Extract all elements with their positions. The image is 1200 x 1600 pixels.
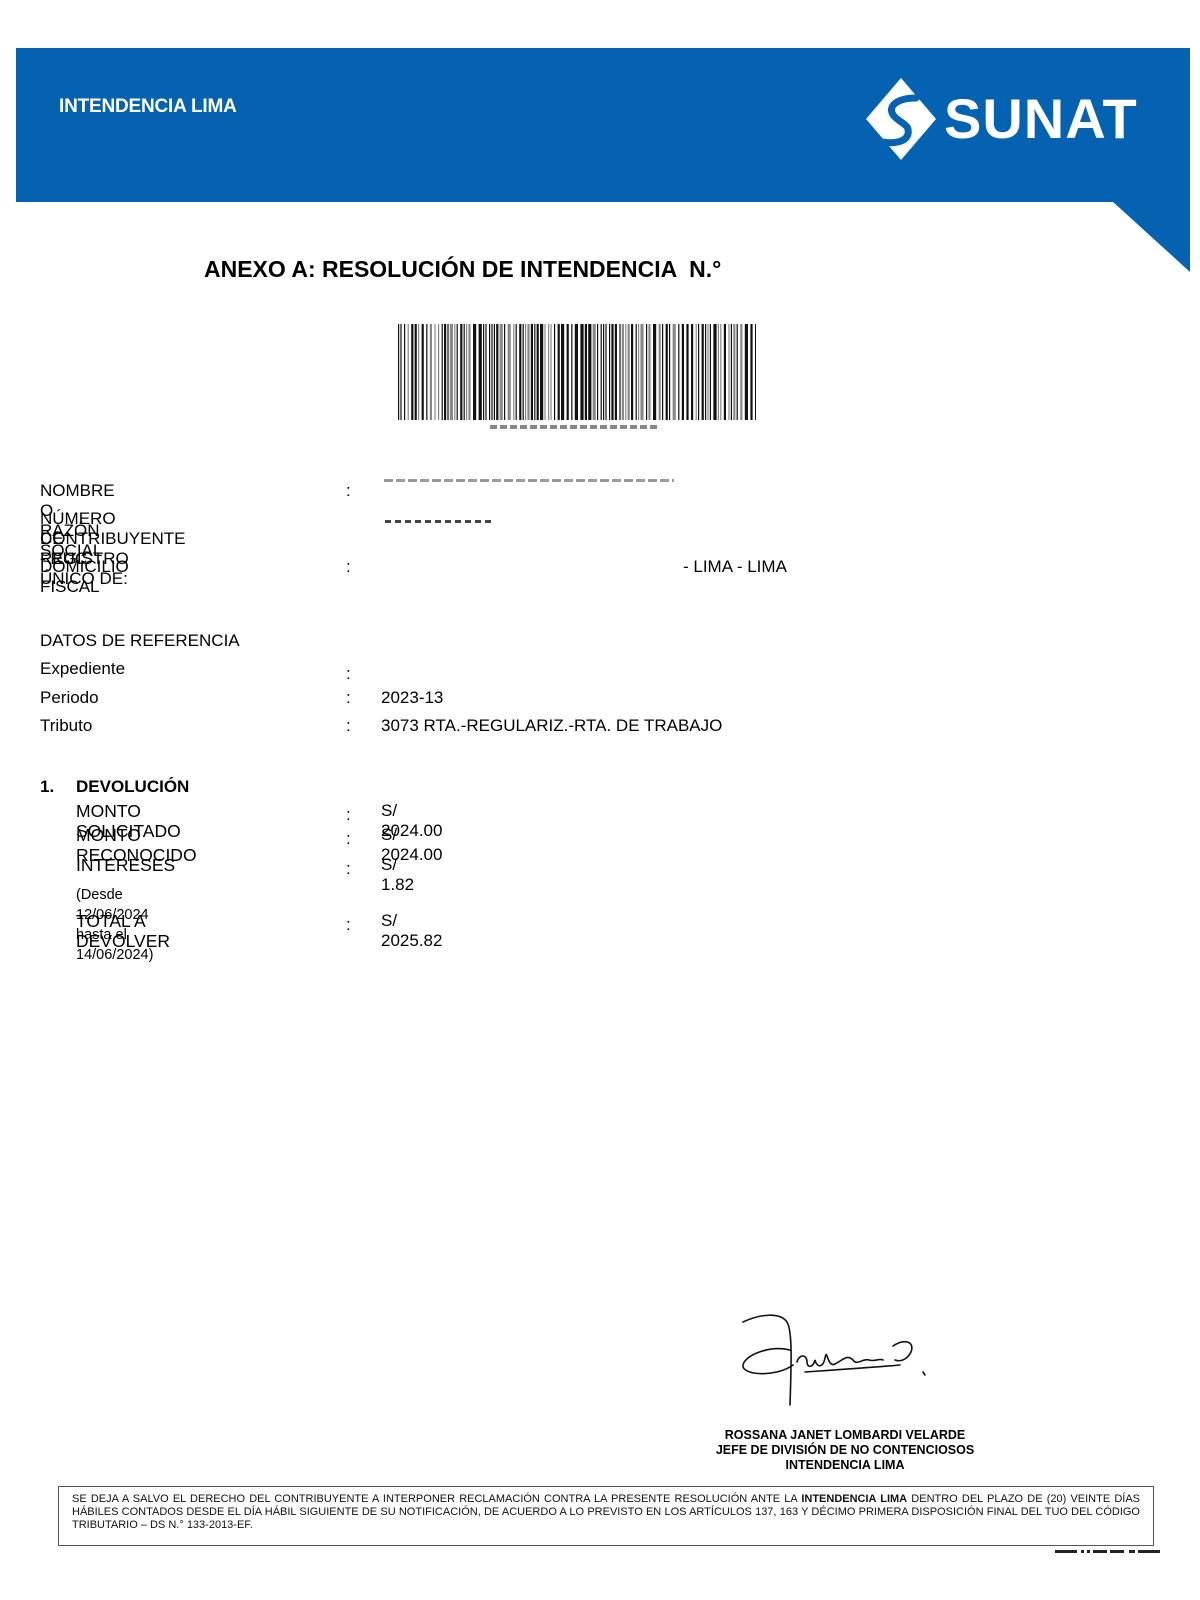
fiscal-address-value: - LIMA - LIMA bbox=[683, 557, 787, 577]
barcode-icon bbox=[398, 324, 756, 420]
colon: : bbox=[346, 805, 351, 825]
reference-label: Periodo bbox=[40, 688, 99, 708]
sunat-emblem-icon bbox=[864, 76, 938, 162]
page-marker-decoration bbox=[1055, 1550, 1160, 1553]
reference-label: Expediente bbox=[40, 659, 125, 679]
signer-block: ROSSANA JANET LOMBARDI VELARDE JEFE DE D… bbox=[660, 1428, 1030, 1473]
fiscal-address-label: DOMICILIO FISCAL bbox=[40, 557, 129, 597]
colon: : bbox=[346, 688, 351, 708]
legal-notice-box: SE DEJA A SALVO EL DERECHO DEL CONTRIBUY… bbox=[58, 1486, 1154, 1546]
colon: : bbox=[346, 829, 351, 849]
document-title: ANEXO A: RESOLUCIÓN DE INTENDENCIA N.° bbox=[204, 256, 721, 283]
sunat-logo: SUNAT bbox=[864, 76, 1138, 162]
reference-value: 3073 RTA.-REGULARIZ.-RTA. DE TRABAJO bbox=[381, 716, 722, 736]
signer-position: JEFE DE DIVISIÓN DE NO CONTENCIOSOS bbox=[660, 1443, 1030, 1458]
taxpayer-name-redacted bbox=[384, 479, 674, 482]
colon: : bbox=[346, 716, 351, 736]
notice-text-before: SE DEJA A SALVO EL DERECHO DEL CONTRIBUY… bbox=[72, 1493, 801, 1505]
colon: : bbox=[346, 859, 351, 879]
refund-value: S/ 1.82 bbox=[381, 855, 414, 895]
refund-label: INTERESES bbox=[76, 855, 175, 875]
reference-heading: DATOS DE REFERENCIA bbox=[40, 631, 240, 651]
signer-name: ROSSANA JANET LOMBARDI VELARDE bbox=[660, 1428, 1030, 1443]
barcode-number-redacted bbox=[490, 425, 660, 429]
sunat-logo-text: SUNAT bbox=[944, 91, 1138, 147]
refund-section-title: DEVOLUCIÓN bbox=[76, 777, 189, 797]
handwritten-signature-icon bbox=[735, 1310, 955, 1420]
section-number: 1. bbox=[40, 777, 54, 797]
reference-label: Tributo bbox=[40, 716, 92, 736]
ruc-value-redacted bbox=[385, 520, 495, 523]
colon: : bbox=[346, 915, 351, 935]
colon: : bbox=[346, 664, 351, 684]
header-unit-name: INTENDENCIA LIMA bbox=[59, 96, 237, 118]
signer-office: INTENDENCIA LIMA bbox=[660, 1458, 1030, 1473]
notice-text-bold: INTENDENCIA LIMA bbox=[801, 1493, 907, 1505]
reference-value: 2023-13 bbox=[381, 688, 443, 708]
colon: : bbox=[346, 557, 351, 577]
refund-total-label: TOTAL A DEVOLVER bbox=[76, 911, 170, 951]
colon: : bbox=[346, 481, 351, 501]
refund-total-value: S/ 2025.82 bbox=[381, 911, 442, 951]
